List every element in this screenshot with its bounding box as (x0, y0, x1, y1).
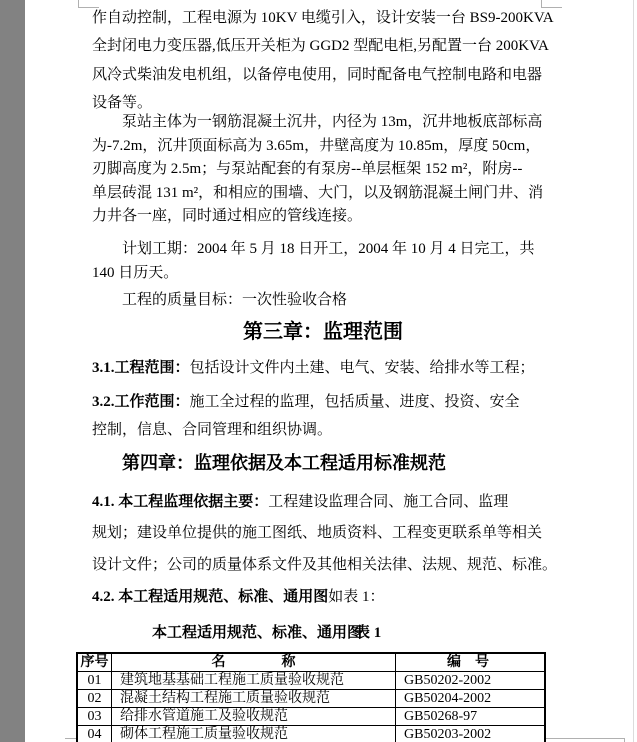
text-line: 全封闭电力变压器,低压开关柜为 GGD2 型配电柜,另配置一台 200KVA (92, 32, 554, 60)
text-line: 为-7.2m，沉井顶面标高为 3.65m，井壁高度为 10.85m，厚度 50c… (92, 135, 543, 159)
word-workspace: 作自动控制，工程电源为 10KV 电缆引入，设计安装一台 BS9-200KVA … (0, 0, 637, 742)
cell-code: GB50268-97 (396, 708, 540, 725)
paragraph-power-supply: 作自动控制，工程电源为 10KV 电缆引入，设计安装一台 BS9-200KVA … (92, 4, 554, 118)
header-cell-code: 编 号 (396, 654, 540, 671)
text-line: 计划工期：2004 年 5 月 18 日开工，2004 年 10 月 4 日完工… (92, 238, 535, 262)
text-line: 力井各一座，同时通过相应的管线连接。 (92, 205, 543, 229)
header-cell-name: 名 称 (112, 654, 396, 671)
section-4-1-line3: 设计文件；公司的质量体系文件及其他相关法律、法规、规范、标准。 (92, 553, 557, 577)
page-right-edge (633, 0, 634, 742)
section-4-1-line2: 规划；建设单位提供的施工图纸、地质资料、工程变更联系单等相关 (92, 521, 542, 545)
table-row: 04 砌体工程施工质量验收规范 GB50203-2002 (78, 726, 544, 742)
section-4-2: 4.2. 本工程适用规范、标准、通用图如表 1： (92, 585, 385, 609)
header-cell-no: 序号 (78, 654, 112, 671)
cell-code: GB50203-2002 (396, 726, 540, 742)
cell-no: 04 (78, 726, 112, 742)
text-line: 风冷式柴油发电机组，以备停电使用，同时配备电气控制电路和电器 (92, 61, 554, 89)
text-line: 泵站主体为一钢筋混凝土沉井，内径为 13m，沉井地板底部标高 (92, 111, 543, 135)
table-title: 本工程适用规范、标准、通用图 (152, 622, 362, 644)
text-boundary-mark (624, 738, 625, 742)
table-ref-label: 表 1 (355, 622, 381, 644)
section-label: 3.2.工作范围： (92, 394, 190, 410)
cell-name: 混凝土结构工程施工质量验收规范 (112, 690, 396, 707)
section-3-1: 3.1.工程范围：包括设计文件内土建、电气、安装、给排水等工程； (92, 356, 535, 380)
text-line: 作自动控制，工程电源为 10KV 电缆引入，设计安装一台 BS9-200KVA (92, 4, 554, 32)
section-text: 施工全过程的监理，包括质量、进度、投资、安全 (190, 394, 520, 410)
cell-name: 建筑地基基础工程施工质量验收规范 (112, 672, 396, 689)
cell-code: GB50204-2002 (396, 690, 540, 707)
paragraph-pump-station: 泵站主体为一钢筋混凝土沉井，内径为 13m，沉井地板底部标高 为-7.2m，沉井… (92, 111, 543, 229)
cell-name: 砌体工程施工质量验收规范 (112, 726, 396, 742)
cell-no: 03 (78, 708, 112, 725)
section-label: 4.1. 本工程监理依据主要： (92, 494, 268, 510)
paragraph-schedule: 计划工期：2004 年 5 月 18 日开工，2004 年 10 月 4 日完工… (92, 238, 535, 285)
section-4-1: 4.1. 本工程监理依据主要：工程建设监理合同、施工合同、监理 (92, 490, 508, 514)
chapter3-heading: 第三章：监理范围 (243, 319, 403, 345)
section-label: 4.2. 本工程适用规范、标准、通用图 (92, 589, 328, 605)
section-3-2-continued: 控制，信息、合同管理和组织协调。 (92, 418, 332, 442)
cell-no: 01 (78, 672, 112, 689)
table-row: 02 混凝土结构工程施工质量验收规范 GB50204-2002 (78, 690, 544, 708)
section-3-2: 3.2.工作范围：施工全过程的监理，包括质量、进度、投资、安全 (92, 390, 520, 414)
text-line: 140 日历天。 (92, 262, 535, 286)
section-text: 包括设计文件内土建、电气、安装、给排水等工程； (190, 360, 535, 376)
cell-no: 02 (78, 690, 112, 707)
paragraph-quality-target: 工程的质量目标：一次性验收合格 (92, 288, 347, 312)
text-line: 单层砖混 131 m²，和相应的围墙、大门，以及钢筋混凝土闸门井、消 (92, 182, 543, 206)
table-row: 01 建筑地基基础工程施工质量验收规范 GB50202-2002 (78, 672, 544, 690)
chapter4-heading: 第四章：监理依据及本工程适用标准规范 (122, 450, 446, 476)
section-text: 如表 1： (328, 589, 384, 605)
text-line: 刃脚高度为 2.5m；与泵站配套的有泵房--单层框架 152 m²，附房-- (92, 158, 543, 182)
section-label: 3.1.工程范围： (92, 360, 190, 376)
table-row: 03 给排水管道施工及验收规范 GB50268-97 (78, 708, 544, 726)
cell-name: 给排水管道施工及验收规范 (112, 708, 396, 725)
standards-table: 序号 名 称 编 号 01 建筑地基基础工程施工质量验收规范 GB50202-2… (76, 652, 546, 742)
cell-code: GB50202-2002 (396, 672, 540, 689)
table-header-row: 序号 名 称 编 号 (78, 654, 544, 672)
section-text: 工程建设监理合同、施工合同、监理 (268, 494, 508, 510)
